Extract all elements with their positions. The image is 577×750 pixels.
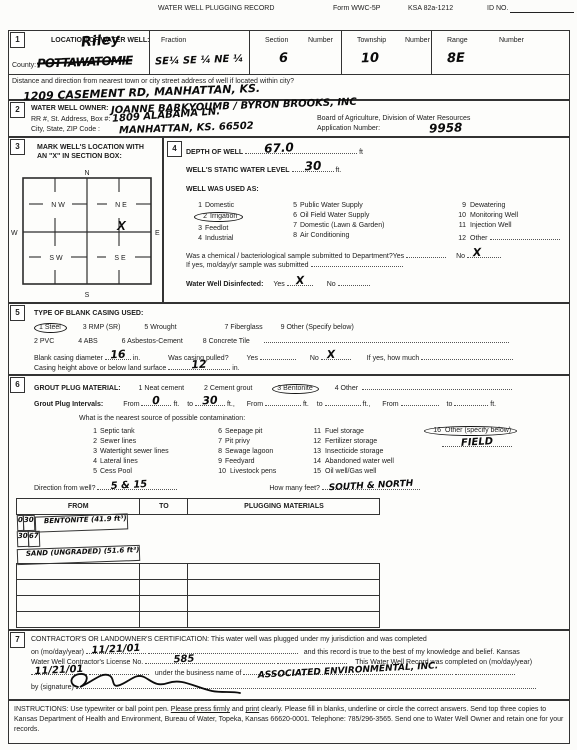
table-row: 30 67 SAND (UNGRADED) (51.6 ft³)	[17, 531, 380, 564]
contam-label: Fuel storage	[325, 428, 364, 435]
instructions-underlined-1: Please press firmly	[171, 706, 230, 713]
from-label: From	[382, 401, 398, 408]
section-3-number: 3	[10, 139, 25, 155]
use-num: 8	[289, 232, 297, 239]
contam-num: 15	[309, 468, 321, 475]
contam-num: 10	[214, 468, 226, 475]
use-num: 10	[454, 212, 466, 219]
casing-num: 7	[225, 324, 229, 331]
contam-label: Lateral lines	[100, 458, 138, 465]
static-level-row: WELL'S STATIC WATER LEVEL 30 ft.	[186, 164, 341, 174]
casing-label: Concrete Tile	[209, 338, 250, 345]
feet-value: SOUTH & NORTH	[328, 479, 413, 493]
interval-1-to-value: 30	[202, 394, 218, 408]
casing-label: Fiberglass	[230, 324, 262, 331]
quadrant-ne-label: N E	[115, 202, 127, 209]
depth-unit: ft	[359, 149, 363, 156]
table-row	[17, 612, 380, 628]
completed-date-line: 11/21/01	[86, 646, 146, 654]
id-no-line	[510, 12, 574, 13]
compass-e-label: E	[155, 230, 160, 237]
section-4-well-data: 4 DEPTH OF WELL 67.0 ft WELL'S STATIC WA…	[163, 137, 570, 303]
section-number-label: Number	[308, 37, 333, 44]
other-casing-fill-line	[264, 335, 509, 343]
use-num: 3	[194, 225, 202, 232]
section-1-number: 1	[10, 32, 25, 48]
leader-dots	[148, 646, 298, 654]
application-number-value: 9958	[429, 120, 463, 135]
diameter-value: 16	[110, 348, 126, 362]
address-label: RR #, St. Address, Box #:	[31, 116, 110, 123]
instructions-text: INSTRUCTIONS: Use typewriter or ball poi…	[14, 705, 566, 735]
interval-1-from-line: 0	[141, 398, 171, 406]
to-label: to	[187, 401, 193, 408]
use-num: 4	[194, 235, 202, 242]
use-label: Dewatering	[470, 202, 505, 209]
divider	[9, 74, 569, 75]
use-label: Irrigation	[210, 213, 237, 220]
use-label: Oil Field Water Supply	[300, 212, 369, 219]
fraction-label: Fraction	[161, 37, 186, 44]
ft-label: ft.,	[227, 401, 235, 408]
contam-num: 13	[309, 448, 321, 455]
direction-label: Direction from well?	[34, 485, 95, 492]
contamination-column-2: 6Seepage pit 7Pit privy 8Sewage lagoon 9…	[214, 428, 276, 478]
casing-label: Steel	[45, 324, 61, 331]
disinfected-row: Water Well Disinfected: Yes X No	[186, 278, 370, 288]
sample-date-row: If yes, mo/day/yr sample was submitted	[186, 259, 403, 269]
contam-num: 3	[89, 448, 97, 455]
material-cell	[188, 564, 380, 580]
casing-label: Asbestos-Cement	[127, 338, 183, 345]
material-cell: SAND (UNGRADED) (51.6 ft³)	[16, 545, 140, 565]
divider	[431, 31, 432, 74]
use-label: Monitoring Well	[470, 212, 518, 219]
table-row: 0 30 BENTONITE (41.9 ft³)	[17, 515, 380, 532]
contam-num: 14	[309, 458, 321, 465]
casing-num: 1	[39, 324, 43, 331]
contam-num: 6	[214, 428, 222, 435]
to-cell: 30	[23, 515, 35, 531]
section-3-title-line2: AN "X" IN SECTION BOX:	[37, 153, 122, 160]
contam-label: Septic tank	[100, 428, 135, 435]
use-label: Injection Well	[470, 222, 512, 229]
contam-label: Sewer lines	[100, 438, 136, 445]
use-label: Air Conditioning	[300, 232, 349, 239]
leader-dots	[277, 656, 347, 664]
feet-line: SOUTH & NORTH	[322, 482, 420, 490]
business-name-line: ASSOCIATED ENVIRONMENTAL, INC.	[243, 667, 453, 675]
id-no-label: ID NO.	[487, 5, 508, 12]
casing-options-row-1: 1 Steel 3 RMP (SR) 5 Wrought 7 Fiberglas…	[34, 323, 354, 333]
ft-label: ft.	[173, 401, 179, 408]
interval-2-from-line	[265, 398, 301, 406]
compass-w-label: W	[11, 230, 18, 237]
table-row	[17, 580, 380, 596]
compass-n-label: N	[84, 170, 89, 177]
casing-height-row: Casing height above or below land surfac…	[34, 362, 240, 372]
casing-num: 2	[34, 338, 38, 345]
casing-diameter-row: Blank casing diameter 16 in. Was casing …	[34, 352, 513, 362]
certification-line-2-text: and this record is true to the best of m…	[304, 649, 520, 656]
instructions-box: INSTRUCTIONS: Use typewriter or ball poi…	[8, 700, 570, 744]
divider	[149, 31, 150, 74]
section-2-number: 2	[10, 102, 25, 118]
compass-s-label: S	[85, 292, 90, 299]
material-label: Bentonite	[283, 385, 313, 392]
interval-1-from-value: 0	[152, 394, 160, 407]
interval-3-to-line	[454, 398, 488, 406]
city-value: MANHATTAN, KS. 66502	[119, 121, 254, 137]
static-level-value: 30	[304, 159, 321, 174]
contam-num: 12	[309, 438, 321, 445]
contam-label: Cess Pool	[100, 468, 132, 475]
table-row	[17, 596, 380, 612]
uses-column-1: 1Domestic 2Irrigation 3Feedlot 4Industri…	[194, 202, 243, 245]
contam-num: 9	[214, 458, 222, 465]
pulled-no-line: X	[321, 352, 351, 360]
material-label: Neat cement	[144, 385, 184, 392]
well-used-as-label: WELL WAS USED AS:	[186, 186, 259, 193]
divider	[341, 31, 342, 74]
if-yes-label: If yes, mo/day/yr sample was submitted	[186, 262, 309, 269]
irrigation-circled: 2Irrigation	[194, 212, 243, 222]
section-6-title: GROUT PLUG MATERIAL:	[34, 385, 121, 392]
steel-circled: 1 Steel	[34, 323, 67, 333]
contam-label: Watertight sewer lines	[100, 448, 169, 455]
from-header: FROM	[17, 499, 140, 515]
disinfected-yes-label: Yes	[273, 281, 284, 288]
use-num: 9	[454, 202, 466, 209]
section-1-location: 1 LOCATION OF WATER WELL: County: POTTAW…	[8, 30, 570, 100]
material-num: 3	[277, 385, 281, 392]
interval-2-to-line	[325, 398, 361, 406]
township-number-label: Number	[405, 37, 430, 44]
contam-label: Insecticide storage	[325, 448, 383, 455]
use-num: 2	[199, 213, 207, 220]
static-unit: ft.	[335, 167, 341, 174]
pulled-yes-label: Yes	[247, 355, 258, 362]
interval-3-from-line	[401, 398, 439, 406]
casing-label: PVC	[40, 338, 54, 345]
intervals-label: Grout Plug Intervals:	[34, 401, 103, 408]
fraction-value: SE¼ SE ¼ NE ¼	[155, 53, 244, 67]
quadrant-nw-label: N W	[51, 202, 65, 209]
instructions-underlined-2: print	[246, 706, 260, 713]
to-label: to	[447, 401, 453, 408]
use-label: Feedlot	[205, 225, 228, 232]
contam-label: Sewage lagoon	[225, 448, 273, 455]
section-4-number: 4	[167, 141, 182, 157]
application-number-label: Application Number:	[317, 125, 380, 132]
use-num: 12	[454, 235, 466, 242]
sample-no-label: No	[456, 253, 465, 260]
use-label: Other	[470, 235, 488, 242]
contamination-column-1: 1Septic tank 2Sewer lines 3Watertight se…	[89, 428, 169, 478]
range-value: 8E	[447, 51, 465, 67]
diameter-unit: in.	[133, 355, 140, 362]
on-date-label: on (mo/day/year)	[31, 649, 84, 656]
disinfected-no-label: No	[327, 281, 336, 288]
use-num: 11	[454, 222, 466, 229]
signature-scribble	[64, 663, 244, 697]
disinfected-yes-mark: X	[295, 274, 304, 287]
contam-num: 4	[89, 458, 97, 465]
section-2-owner: 2 WATER WELL OWNER: JOANNE BARKYOUMB / B…	[8, 100, 570, 137]
divider	[249, 31, 250, 74]
material-cell	[188, 580, 380, 596]
contamination-column-4: 16Other (specify below) FIELD	[424, 426, 517, 449]
table-row	[17, 564, 380, 580]
disinfected-yes-line: X	[287, 278, 313, 286]
casing-num: 5	[144, 324, 148, 331]
contam-label: Other (specify below)	[445, 427, 511, 434]
leader-dots	[455, 667, 515, 675]
section-6-number: 6	[10, 377, 25, 393]
feet-label: How many feet?	[269, 485, 320, 492]
from-cell	[17, 564, 140, 580]
material-label: Other	[341, 385, 359, 392]
pulled-yes-line	[260, 352, 296, 360]
use-num: 7	[289, 222, 297, 229]
to-cell	[140, 580, 188, 596]
to-cell: 67	[28, 531, 40, 547]
certification-line-1: CONTRACTOR'S OR LANDOWNER'S CERTIFICATIO…	[31, 636, 565, 643]
direction-line: 5 & 15	[97, 482, 177, 490]
sample-date-line	[311, 259, 403, 267]
township-value: 10	[361, 51, 380, 67]
sample-yes-line	[406, 250, 446, 258]
section-5-number: 5	[10, 305, 25, 321]
diameter-label: Blank casing diameter	[34, 355, 103, 362]
form-number: Form WWC-5P	[333, 5, 380, 12]
uses-column-2: 5Public Water Supply 6Oil Field Water Su…	[289, 202, 384, 242]
section-3-location-box: 3 MARK WELL'S LOCATION WITH AN "X" IN SE…	[8, 137, 163, 303]
disinfected-no-line	[338, 278, 370, 286]
uses-column-3: 9Dewatering 10Monitoring Well 11Injectio…	[454, 202, 560, 245]
contam-label: Feedyard	[225, 458, 255, 465]
height-label: Casing height above or below land surfac…	[34, 365, 166, 372]
section-box-diagram: N S W E N W N E S W S E X	[9, 168, 164, 304]
instructions-part-2: and	[232, 706, 244, 713]
contam-num: 1	[89, 428, 97, 435]
pulled-no-mark: X	[327, 348, 336, 361]
form-statute: KSA 82a-1212	[408, 5, 453, 12]
height-line: 12	[168, 362, 230, 370]
instructions-part-1: INSTRUCTIONS: Use typewriter or ball poi…	[14, 706, 169, 713]
contam-num: 7	[214, 438, 222, 445]
section-7-certification: 7 CONTRACTOR'S OR LANDOWNER'S CERTIFICAT…	[8, 630, 570, 700]
sample-no-mark: X	[473, 246, 482, 259]
range-number-label: Number	[499, 37, 524, 44]
well-location-x-mark: X	[116, 218, 127, 233]
static-level-label: WELL'S STATIC WATER LEVEL	[186, 167, 290, 174]
section-5-title: TYPE OF BLANK CASING USED:	[34, 310, 143, 317]
material-cell: BENTONITE (41.9 ft³)	[35, 513, 128, 532]
pulled-no-label: No	[310, 355, 319, 362]
contam-label: Livestock pens	[230, 468, 276, 475]
use-num: 1	[194, 202, 202, 209]
other-use-fill-line	[490, 232, 560, 240]
material-cell	[188, 612, 380, 628]
interval-1-to-line: 30	[195, 398, 225, 406]
use-num: 5	[289, 202, 297, 209]
contam-label: Abandoned water well	[325, 458, 394, 465]
casing-num: 4	[78, 338, 82, 345]
plugging-table: FROM TO PLUGGING MATERIALS 0 30 BENTONIT…	[16, 498, 380, 628]
material-num: 2	[204, 385, 208, 392]
direction-value: 5 & 15	[111, 479, 148, 492]
section-5-casing: 5 TYPE OF BLANK CASING USED: 1 Steel 3 R…	[8, 303, 570, 375]
section-7-number: 7	[10, 632, 25, 648]
contam-num: 16	[429, 427, 441, 434]
section-6-grout: 6 GROUT PLUG MATERIAL: 1 Neat cement 2 C…	[8, 375, 570, 630]
height-value: 12	[191, 358, 207, 372]
section-value: 6	[279, 51, 289, 66]
depth-label: DEPTH OF WELL	[186, 149, 243, 156]
ft-label: ft.	[490, 401, 496, 408]
contam-label: Oil well/Gas well	[325, 468, 376, 475]
plugging-table-header-row: FROM TO PLUGGING MATERIALS	[17, 499, 380, 515]
ft-label: ft.	[303, 401, 309, 408]
casing-label: Other (Specify below)	[286, 324, 353, 331]
water-well-plugging-record-form: WATER WELL PLUGGING RECORD Form WWC-5P K…	[0, 0, 577, 750]
casing-num: 6	[122, 338, 126, 345]
township-col-label: Township	[357, 37, 386, 44]
contam-num: 8	[214, 448, 222, 455]
static-fill-line: 30	[292, 164, 334, 172]
county-value: Riley	[80, 31, 120, 50]
to-header: TO	[140, 499, 188, 515]
casing-num: 9	[281, 324, 285, 331]
depth-of-well-row: DEPTH OF WELL 67.0 ft	[186, 146, 363, 156]
depth-value: 67.0	[264, 140, 294, 156]
certification-line-2: on (mo/day/year) 11/21/01 and this recor…	[31, 646, 565, 656]
diameter-line: 16	[105, 352, 131, 360]
to-cell	[140, 612, 188, 628]
ft-label: ft.,	[363, 401, 371, 408]
use-label: Industrial	[205, 235, 233, 242]
section-3-title-line1: MARK WELL'S LOCATION WITH	[37, 144, 144, 151]
contamination-column-3: 11Fuel storage 12Fertilizer storage 13In…	[309, 428, 394, 478]
quadrant-sw-label: S W	[49, 255, 63, 262]
depth-fill-line: 67.0	[245, 146, 357, 154]
from-label: From	[123, 401, 139, 408]
height-unit: in.	[232, 365, 239, 372]
use-label: Public Water Supply	[300, 202, 363, 209]
sample-no-line: X	[467, 250, 501, 258]
material-label: Cement grout	[210, 385, 252, 392]
from-cell	[17, 612, 140, 628]
casing-label: ABS	[84, 338, 98, 345]
bentonite-circled: 3 Bentonite	[272, 384, 318, 394]
from-cell: 30	[16, 531, 28, 547]
from-cell	[17, 596, 140, 612]
disinfected-label: Water Well Disinfected:	[186, 281, 263, 288]
from-cell	[17, 580, 140, 596]
section-col-label: Section	[265, 37, 288, 44]
other-contamination-value: FIELD	[461, 436, 494, 449]
other-contamination-circled: 16Other (specify below)	[424, 426, 517, 436]
casing-num: 3	[83, 324, 87, 331]
contam-label: Seepage pit	[225, 428, 262, 435]
to-label: to	[317, 401, 323, 408]
grout-intervals-row: Grout Plug Intervals: From 0 ft. to 30 f…	[34, 398, 496, 408]
completed-date-value: 11/21/01	[91, 643, 141, 657]
quadrant-se-label: S E	[114, 255, 126, 262]
owner-label: WATER WELL OWNER:	[31, 105, 109, 112]
contam-num: 11	[309, 428, 321, 435]
contam-num: 2	[89, 438, 97, 445]
form-title: WATER WELL PLUGGING RECORD	[158, 5, 274, 12]
from-label: From	[247, 401, 263, 408]
to-cell	[140, 596, 188, 612]
casing-label: Wrought	[150, 324, 176, 331]
materials-header: PLUGGING MATERIALS	[188, 499, 380, 515]
range-col-label: Range	[447, 37, 468, 44]
contamination-question: What is the nearest source of possible c…	[79, 415, 245, 422]
to-cell	[140, 564, 188, 580]
county-struck-value: POTTAWATOMIE	[37, 53, 133, 70]
city-label: City, State, ZIP Code :	[31, 126, 100, 133]
grout-material-row: GROUT PLUG MATERIAL: 1 Neat cement 2 Cem…	[34, 382, 512, 394]
direction-row: Direction from well? 5 & 15 How many fee…	[34, 482, 420, 492]
use-label: Domestic (Lawn & Garden)	[300, 222, 384, 229]
use-label: Domestic	[205, 202, 234, 209]
howmuch-line	[421, 352, 513, 360]
howmuch-label: If yes, how much	[367, 355, 420, 362]
casing-options-row-2: 2 PVC 4 ABS 6 Asbestos-Cement 8 Concrete…	[34, 335, 509, 345]
other-material-line	[362, 382, 512, 390]
casing-num: 8	[203, 338, 207, 345]
use-num: 6	[289, 212, 297, 219]
other-contamination-line: FIELD	[442, 439, 512, 447]
contam-label: Fertilizer storage	[325, 438, 377, 445]
material-num: 4	[335, 385, 339, 392]
casing-label: RMP (SR)	[89, 324, 121, 331]
contam-label: Pit privy	[225, 438, 250, 445]
contam-num: 5	[89, 468, 97, 475]
material-num: 1	[139, 385, 143, 392]
material-cell	[188, 596, 380, 612]
county-label: County:	[12, 62, 36, 69]
